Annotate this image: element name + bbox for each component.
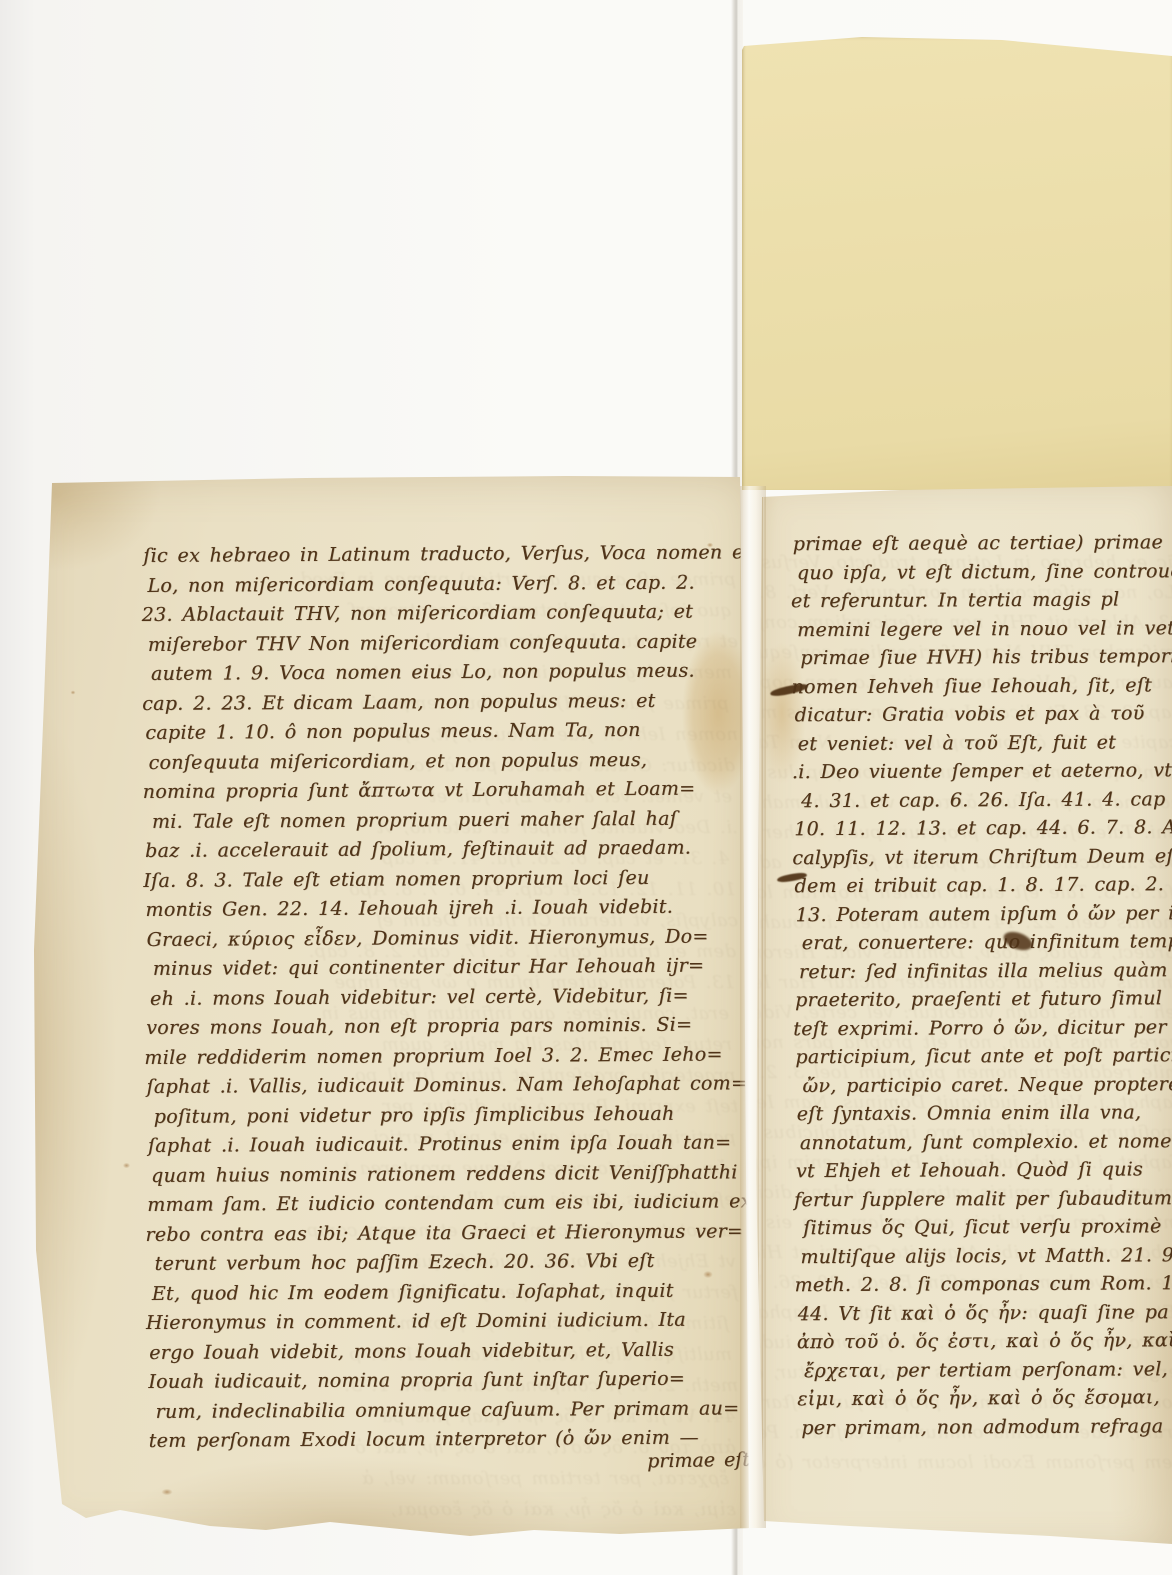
manuscript-line: erat, conuertere: quo infinitum tempus i… — [802, 927, 1172, 958]
manuscript-line: 13. Poteram autem ipſum ὁ ὤν per impe — [796, 898, 1172, 929]
manuscript-line: tem perſonam Exodi locum interpretor (ὁ … — [780, 1448, 1172, 1478]
manuscript-line: minus videt: qui continenter dicitur Har… — [153, 951, 791, 984]
manuscript-line: dicatur: Gratia vobis et pax à τοῦ — [795, 699, 1172, 730]
manuscript-line: Et, quod hic Im eodem ſignificatu. Ioſap… — [152, 1276, 793, 1309]
manuscript-line: terunt verbum hoc paſſim Ezech. 20. 36. … — [155, 1246, 793, 1279]
manuscript-line: primae ſiue HVH) his tribus temporib — [800, 642, 1172, 673]
manuscript-line: dem ei tribuit cap. 1. 8. 17. cap. 2. 8.… — [794, 870, 1172, 901]
manuscript-line: poſitum, poni videtur pro ipſis ſimplici… — [154, 1099, 792, 1132]
yellow-flyleaf — [742, 34, 1172, 490]
manuscript-line: 23. Ablactauit THV, non miſericordiam co… — [142, 597, 789, 630]
manuscript-line: nomen Iehveh ſiue Iehouah, ſit, eſt — [791, 670, 1172, 701]
manuscript-line: calypſis, vt iterum Chriſtum Deum eſ — [792, 841, 1172, 872]
manuscript-line: Graeci, κύριος εἶδεν, Dominus vidit. Hie… — [147, 922, 791, 955]
manuscript-line: retur: ſed infinitas illa melius quàm — [799, 955, 1172, 986]
manuscript-line: annotatum, ſunt complexio. et nomen comp — [800, 1126, 1172, 1157]
manuscript-line: baz .i. accelerauit ad ſpolium, feſtinau… — [145, 833, 790, 866]
manuscript-line: rum, indeclinabilia omniumque caſuum. Pe… — [155, 1394, 793, 1427]
manuscript-line: ſaphat .i. Vallis, iudicauit Dominus. Na… — [146, 1069, 791, 1102]
manuscript-line: ἔρχεται, per tertiam perſonam: vel, ἀ — [804, 1354, 1172, 1385]
manuscript-line: capite 1. 10. ô non populus meus. Nam Ta… — [145, 715, 789, 748]
manuscript-line: conſequuta miſericordiam, et non populus… — [148, 745, 789, 778]
manuscript-line: per primam, non admodum refraga — [801, 1411, 1172, 1442]
manuscript-line: εἰμι, καὶ ὁ ὅς ἦν, καὶ ὁ ὅς ἔσομαι, — [797, 1383, 1172, 1414]
manuscript-line: mi. Tale eſt nomen proprium pueri maher … — [152, 804, 790, 837]
manuscript-line: eh .i. mons Iouah videbitur: vel certè, … — [150, 981, 791, 1014]
manuscript-photograph: primae eſt aequè ac tertiae) primae in E… — [0, 0, 1172, 1575]
manuscript-line: ſitimus ὅς Qui, ſicut verſu proximè — [803, 1212, 1172, 1243]
catchword: primae eſt. — [586, 1449, 756, 1474]
manuscript-line: Iouah iudicauit, nomina propria ſunt inſ… — [148, 1364, 793, 1397]
manuscript-line: et referuntur. In tertia magis pl — [791, 585, 1172, 616]
manuscript-line: εἰμι, καὶ ὁ ὅς ἦν, καὶ ὁ ὅς ἔσομαι, — [176, 1494, 736, 1525]
manuscript-line: ſaphat .i. Iouah iudicauit. Protinus eni… — [148, 1128, 792, 1161]
manuscript-line: mmam ſam. Et iudicio contendam cum eis i… — [147, 1187, 792, 1220]
manuscript-line: montis Gen. 22. 14. Iehouah ijreh .i. Io… — [145, 892, 790, 925]
manuscript-line: fertur ſupplere malit per ſubauditum au — [794, 1183, 1172, 1214]
foxing-spot — [122, 1162, 131, 1169]
manuscript-line: quo ipſa, vt eſt dictum, ſine controuerſ — [797, 556, 1172, 587]
foxing-spot — [160, 1488, 174, 1496]
manuscript-page-right: ſic ex hebraeo in Latinum traducto, Verſ… — [750, 478, 1172, 1553]
manuscript-page-left: primae eſt aequè ac tertiae) primae in E… — [26, 474, 752, 1540]
manuscript-line: vores mons Iouah, non eſt propria pars n… — [146, 1010, 791, 1043]
manuscript-line: primae eſt aequè ac tertiae) primae in E… — [793, 528, 1172, 559]
manuscript-line: miſerebor THV Non miſericordiam conſequu… — [148, 627, 789, 660]
manuscript-line: cap. 2. 23. Et dicam Laam, non populus m… — [142, 686, 789, 719]
left-page-text: ſic ex hebraeo in Latinum traducto, Verſ… — [143, 538, 793, 1456]
manuscript-line: quam huius nominis rationem reddens dici… — [151, 1158, 792, 1191]
manuscript-line: mile reddiderim nomen proprium Ioel 3. 2… — [144, 1040, 791, 1073]
manuscript-line: 10. 11. 12. 13. et cap. 44. 6. 7. 8. Apo — [794, 813, 1172, 844]
manuscript-line: nomina propria ſunt ἄπτωτα vt Loruhamah … — [143, 774, 790, 807]
manuscript-line: eſt ſyntaxis. Omnia enim illa vna, — [797, 1098, 1172, 1129]
manuscript-line: ergo Iouah videbit, mons Iouah videbitur… — [149, 1335, 793, 1368]
manuscript-line: autem 1. 9. Voca nomen eius Lo, non popu… — [151, 656, 789, 689]
manuscript-line: rebo contra eas ibi; Atque ita Graeci et… — [145, 1217, 792, 1250]
manuscript-line: praeterito, praeſenti et futuro ſimul po — [795, 984, 1172, 1015]
manuscript-line: ἀπὸ τοῦ ὁ. ὅς ἐστι, καὶ ὁ ὅς ἦν, καὶ ὁ — [797, 1326, 1172, 1357]
manuscript-line: memini legere vel in nouo vel in vetere — [797, 613, 1172, 644]
manuscript-line: vt Ehjeh et Iehouah. Quòd ſi quis — [796, 1155, 1172, 1186]
manuscript-line: Lo, non miſericordiam conſequuta: Verſ. … — [147, 568, 788, 601]
manuscript-line: 4. 31. et cap. 6. 26. Iſa. 41. 4. cap — [801, 784, 1172, 815]
manuscript-line: ὤν, participio caret. Neque propterea t — [802, 1069, 1172, 1100]
right-page-text: primae eſt aequè ac tertiae) primae in E… — [793, 528, 1172, 1442]
manuscript-line: meth. 2. 8. ſi componas cum Rom. 1. 3. — [794, 1269, 1172, 1300]
foxing-spot — [70, 690, 76, 695]
manuscript-line: 44. Vt ſit καὶ ὁ ὅς ἦν: quaſi ſine pa — [798, 1297, 1172, 1328]
manuscript-line: Hieronymus in comment. id eſt Domini iud… — [146, 1305, 793, 1338]
manuscript-line: multiſque alijs locis, vt Matth. 21. 9. … — [800, 1240, 1172, 1271]
manuscript-line: participium, ſicut ante et poſt partici — [795, 1041, 1172, 1072]
manuscript-line: et veniet: vel à τοῦ Eſt, fuit et — [798, 727, 1172, 758]
manuscript-line: teſt exprimi. Porro ὁ ὤν, dicitur per — [793, 1012, 1172, 1043]
manuscript-line: ſic ex hebraeo in Latinum traducto, Verſ… — [143, 538, 788, 571]
manuscript-line: .i. Deo viuente ſemper et aeterno, vt — [792, 756, 1172, 787]
manuscript-line: Iſa. 8. 3. Tale eſt etiam nomen proprium… — [143, 863, 790, 896]
